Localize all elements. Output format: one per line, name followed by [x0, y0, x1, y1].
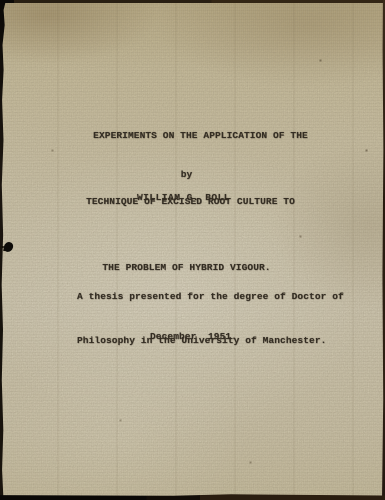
title-line-1: EXPERIMENTS ON THE APPLICATION OF THE	[8, 125, 385, 147]
scanned-thesis-title-page: EXPERIMENTS ON THE APPLICATION OF THE TE…	[0, 0, 385, 500]
paper-specks	[0, 0, 1, 1]
degree-statement: A thesis presented for the degree of Doc…	[77, 261, 344, 377]
degree-statement-line-1: A thesis presented for the degree of Doc…	[77, 290, 344, 305]
byline: by	[0, 169, 379, 180]
author-name: WILLIAM G. BOLL	[0, 192, 376, 203]
date-line: December 1951.	[150, 331, 237, 342]
scan-edge-top	[0, 0, 385, 3]
